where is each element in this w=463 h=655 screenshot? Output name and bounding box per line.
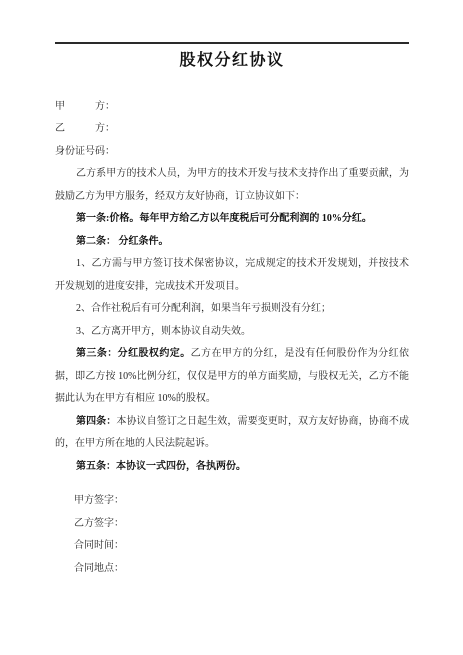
clause-3-paragraph: 第三条：分红股权约定。乙方在甲方的分红，是没有任何股份作为分红依据，即乙方按 1… [55, 343, 409, 411]
clause-2-item-1: 1、乙方需与甲方签订技术保密协议，完成规定的技术开发规划，并按技术开发规划的进度… [55, 253, 409, 298]
signature-block: 甲方签字： 乙方签字： 合同时间： 合同地点： [55, 490, 409, 580]
party-a-line: 甲 方： [55, 96, 409, 119]
clause-2-item-3: 3、乙方离开甲方，则本协议自动失效。 [55, 321, 409, 344]
clause-2-item-1-text: 1、乙方需与甲方签订技术保密协议，完成规定的技术开发规划，并按技术开发规划的进度… [55, 258, 409, 292]
clause-5-paragraph: 第五条：本协议一式四份，各执两份。 [55, 456, 409, 479]
document-page: 股权分红协议 甲 方： 乙 方： 身份证号码： 乙方系甲方的技术人员，为甲方的技… [0, 0, 463, 655]
intro-paragraph: 乙方系甲方的技术人员，为甲方的技术开发与技术支持作出了重要贡献，为鼓励乙方为甲方… [55, 163, 409, 208]
clause-3-heading: 第三条：分红股权约定。 [76, 348, 191, 359]
document-title: 股权分红协议 [55, 50, 409, 72]
clause-1-heading: 第一条:价格。每年甲方给乙方以年度税后可分配利润的 10%分红。 [76, 213, 372, 224]
party-a-signature-line: 甲方签字： [55, 490, 409, 513]
clause-2-item-2-text: 2、合作社税后有可分配利润，如果当年亏损则没有分红； [76, 303, 331, 314]
clause-4-paragraph: 第四条：本协议自签订之日起生效，需要变更时，双方友好协商，协商不成的，在甲方所在… [55, 411, 409, 456]
contract-date-line: 合同时间： [55, 535, 409, 558]
id-number-line: 身份证号码： [55, 141, 409, 164]
clause-2-item-2: 2、合作社税后有可分配利润，如果当年亏损则没有分红； [55, 298, 409, 321]
clause-5-heading: 第五条：本协议一式四份，各执两份。 [76, 461, 246, 472]
clause-2-paragraph: 第二条： 分红条件。 [55, 231, 409, 254]
contract-place-line: 合同地点： [55, 558, 409, 581]
clause-2-item-3-text: 3、乙方离开甲方，则本协议自动失效。 [76, 326, 251, 337]
clause-4-heading: 第四条： [76, 416, 116, 427]
header-rule [55, 42, 409, 44]
clause-2-heading: 第二条： 分红条件。 [76, 236, 169, 247]
party-b-line: 乙 方： [55, 118, 409, 141]
clause-1-paragraph: 第一条:价格。每年甲方给乙方以年度税后可分配利润的 10%分红。 [55, 208, 409, 231]
party-b-signature-line: 乙方签字： [55, 513, 409, 536]
